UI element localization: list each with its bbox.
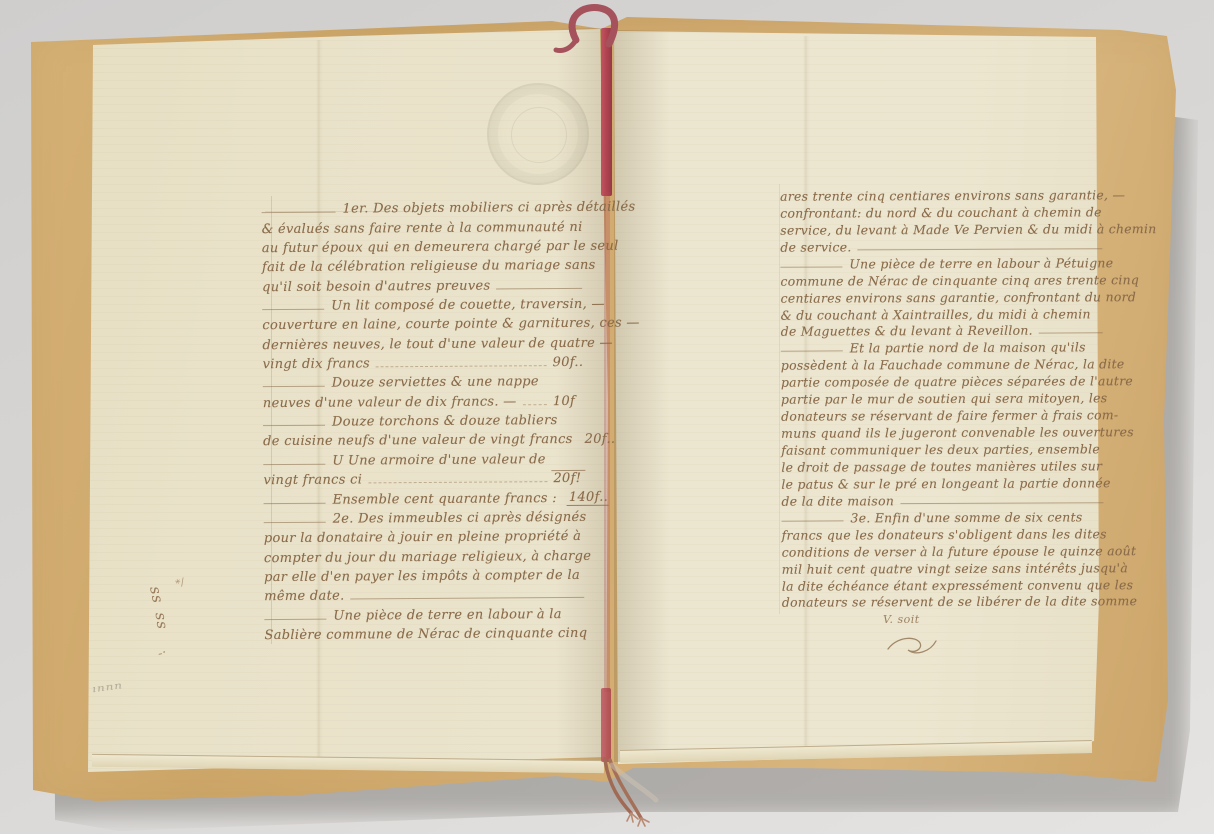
photographed-manuscript: 1er. Des objets mobiliers ci après détai… [0,0,1214,834]
binding-string-loop-icon [0,0,1214,834]
